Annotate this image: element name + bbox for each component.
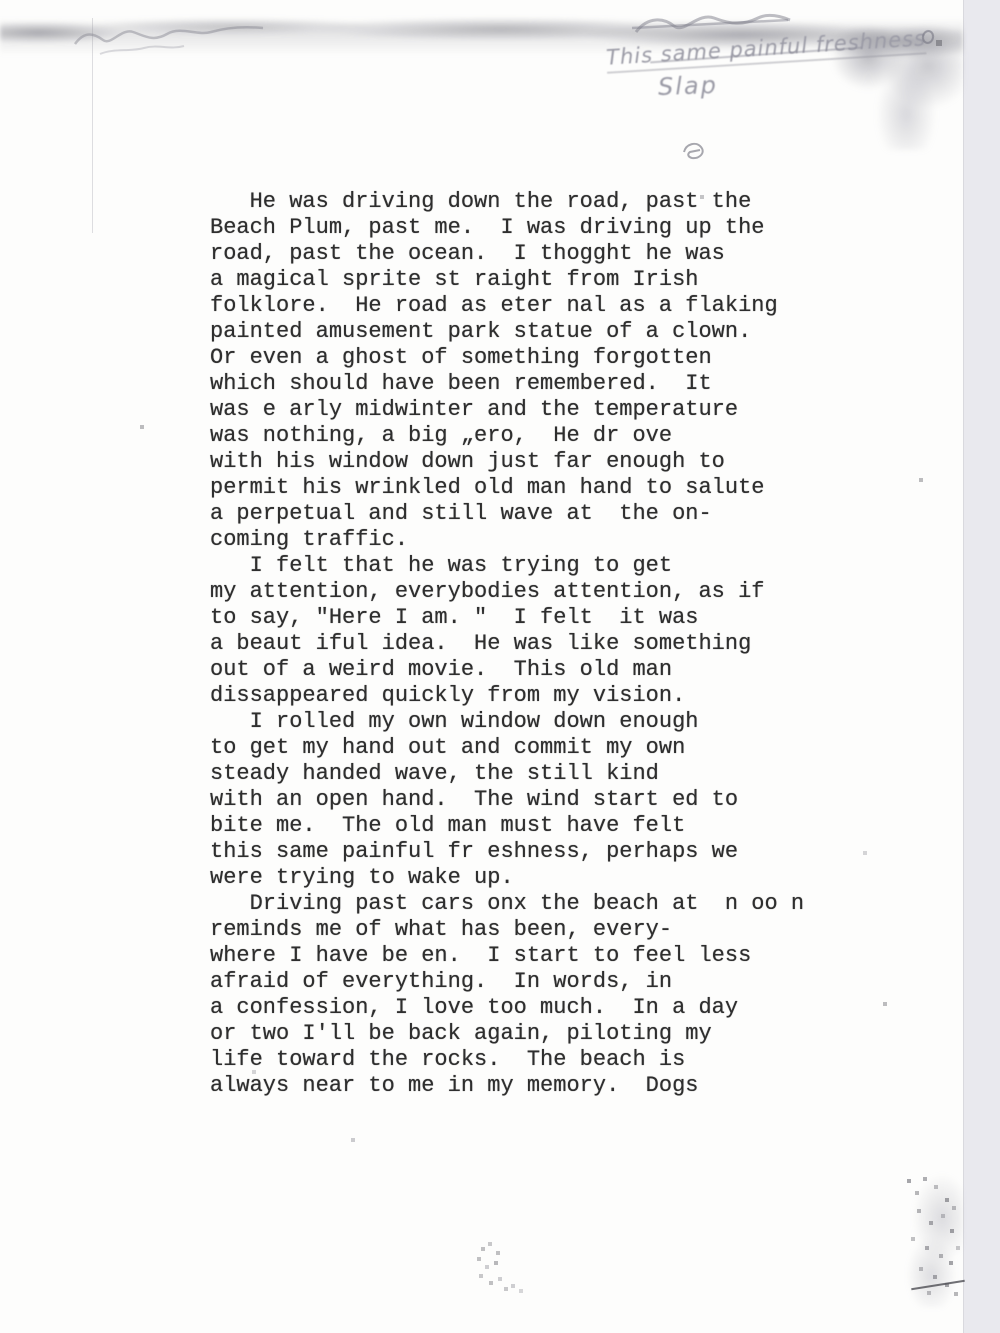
speckle-noise-scattered: [0, 0, 2, 2]
paragraph-4: Driving past cars onx the beach at n oo …: [210, 891, 804, 1099]
typewritten-text: He was driving down the road, past the B…: [210, 189, 804, 1099]
pencil-scribble-top-left: [70, 14, 270, 64]
scan-smudge-top-right: [828, 0, 963, 150]
pen-stroke-bottom-right: [911, 1280, 965, 1290]
handwritten-annotation: This same painful freshness: [605, 26, 926, 74]
handwritten-word-slap: Slap: [658, 71, 719, 101]
paragraph-2: I felt that he was trying to get my atte…: [210, 553, 804, 709]
paragraph-3: I rolled my own window down enough to ge…: [210, 709, 804, 891]
scanned-page: This same painful freshness Slap He was …: [0, 0, 964, 1333]
paragraph-1: He was driving down the road, past the B…: [210, 189, 804, 553]
faint-fold-line: [92, 18, 93, 233]
pencil-squiggle-mark: [678, 138, 708, 162]
